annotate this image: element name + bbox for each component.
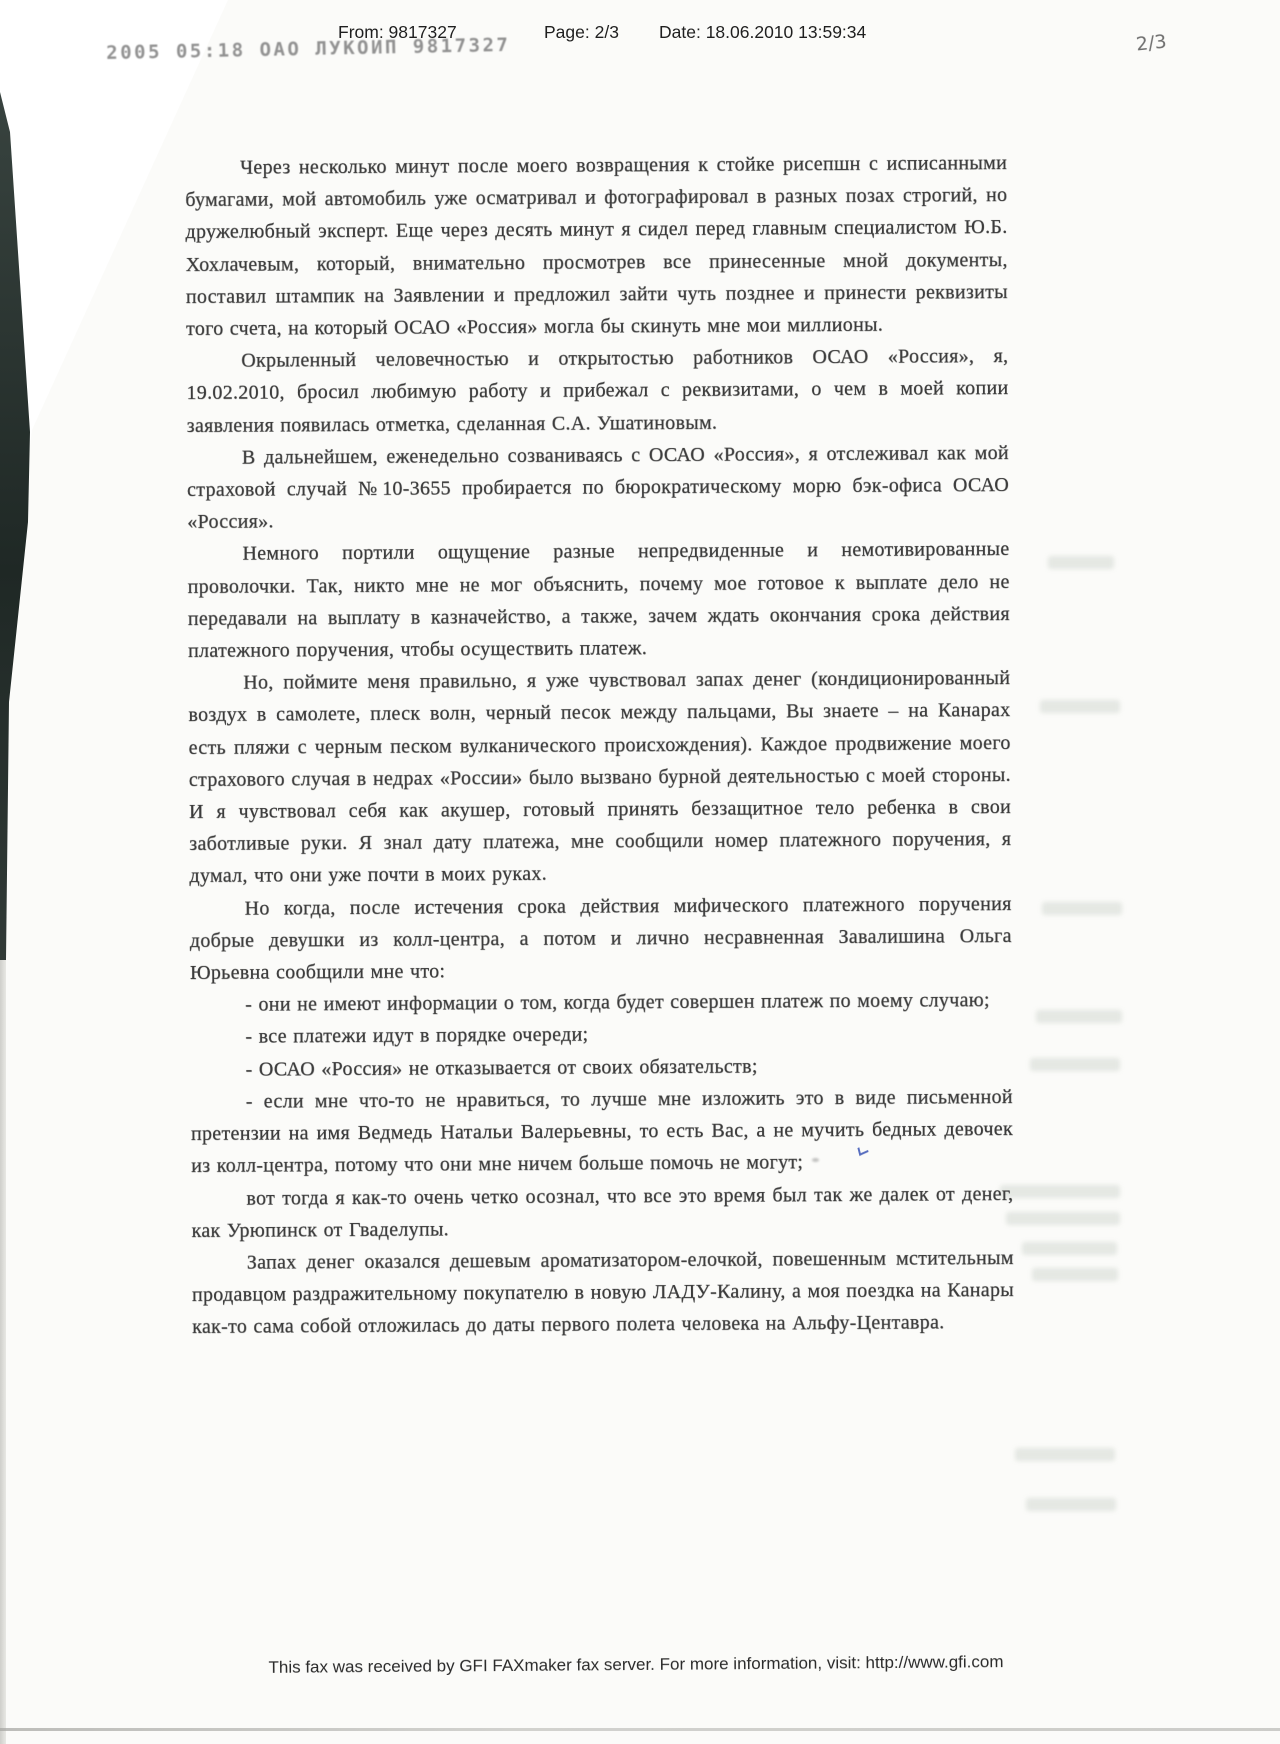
paragraph: В дальнейшем, еженедельно созваниваясь с… — [187, 437, 1010, 539]
paragraph: Запах денег оказался дешевым ароматизато… — [192, 1242, 1015, 1344]
bleed-through-artifact — [1048, 556, 1114, 569]
paragraph: - все платежи идут в порядке очереди; — [190, 1016, 1012, 1053]
bleed-through-artifact — [1032, 1268, 1118, 1281]
bleed-through-artifact — [1006, 1212, 1120, 1225]
bleed-through-artifact — [1026, 1498, 1116, 1511]
paragraph: вот тогда я как-то очень четко осознал, … — [191, 1177, 1013, 1246]
fax-page-label: Page: 2/3 — [544, 22, 619, 43]
page-number-note: 2/3 — [1135, 30, 1168, 55]
paragraph: - если мне что-то не нравиться, то лучше… — [191, 1081, 1014, 1183]
fax-date-label: Date: 18.06.2010 13:59:34 — [659, 22, 866, 43]
paragraph: Но когда, после истечения срока действия… — [190, 888, 1013, 990]
paragraph: - ОСАО «Россия» не отказывается от своих… — [191, 1049, 1013, 1086]
page-edge-strip — [0, 960, 6, 1744]
bleed-through-artifact — [1000, 1185, 1120, 1198]
bleed-through-artifact — [1040, 700, 1120, 713]
paragraph: Через несколько минут после моего возвра… — [185, 147, 1008, 345]
page-bottom-edge — [0, 1728, 1280, 1731]
bleed-through-artifact — [1036, 1010, 1122, 1023]
bleed-through-artifact — [1042, 902, 1122, 915]
bleed-through-artifact — [1022, 1242, 1117, 1255]
fax-page: From: 9817327 Page: 2/3 Date: 18.06.2010… — [0, 0, 1280, 1744]
paragraph: Но, поймите меня правильно, я уже чувств… — [188, 662, 1011, 892]
paragraph: Окрыленный человечностью и открытостью р… — [186, 340, 1009, 442]
fax-footer-banner: This fax was received by GFI FAXmaker fa… — [180, 1651, 1092, 1678]
paragraph: - они не имеют информации о том, когда б… — [190, 984, 1012, 1021]
letter-body: Через несколько минут после моего возвра… — [185, 147, 1014, 1344]
bleed-through-artifact — [1015, 1448, 1115, 1461]
paragraph: Немного портили ощущение разные непредви… — [187, 533, 1010, 667]
bleed-through-artifact — [1030, 1058, 1120, 1071]
